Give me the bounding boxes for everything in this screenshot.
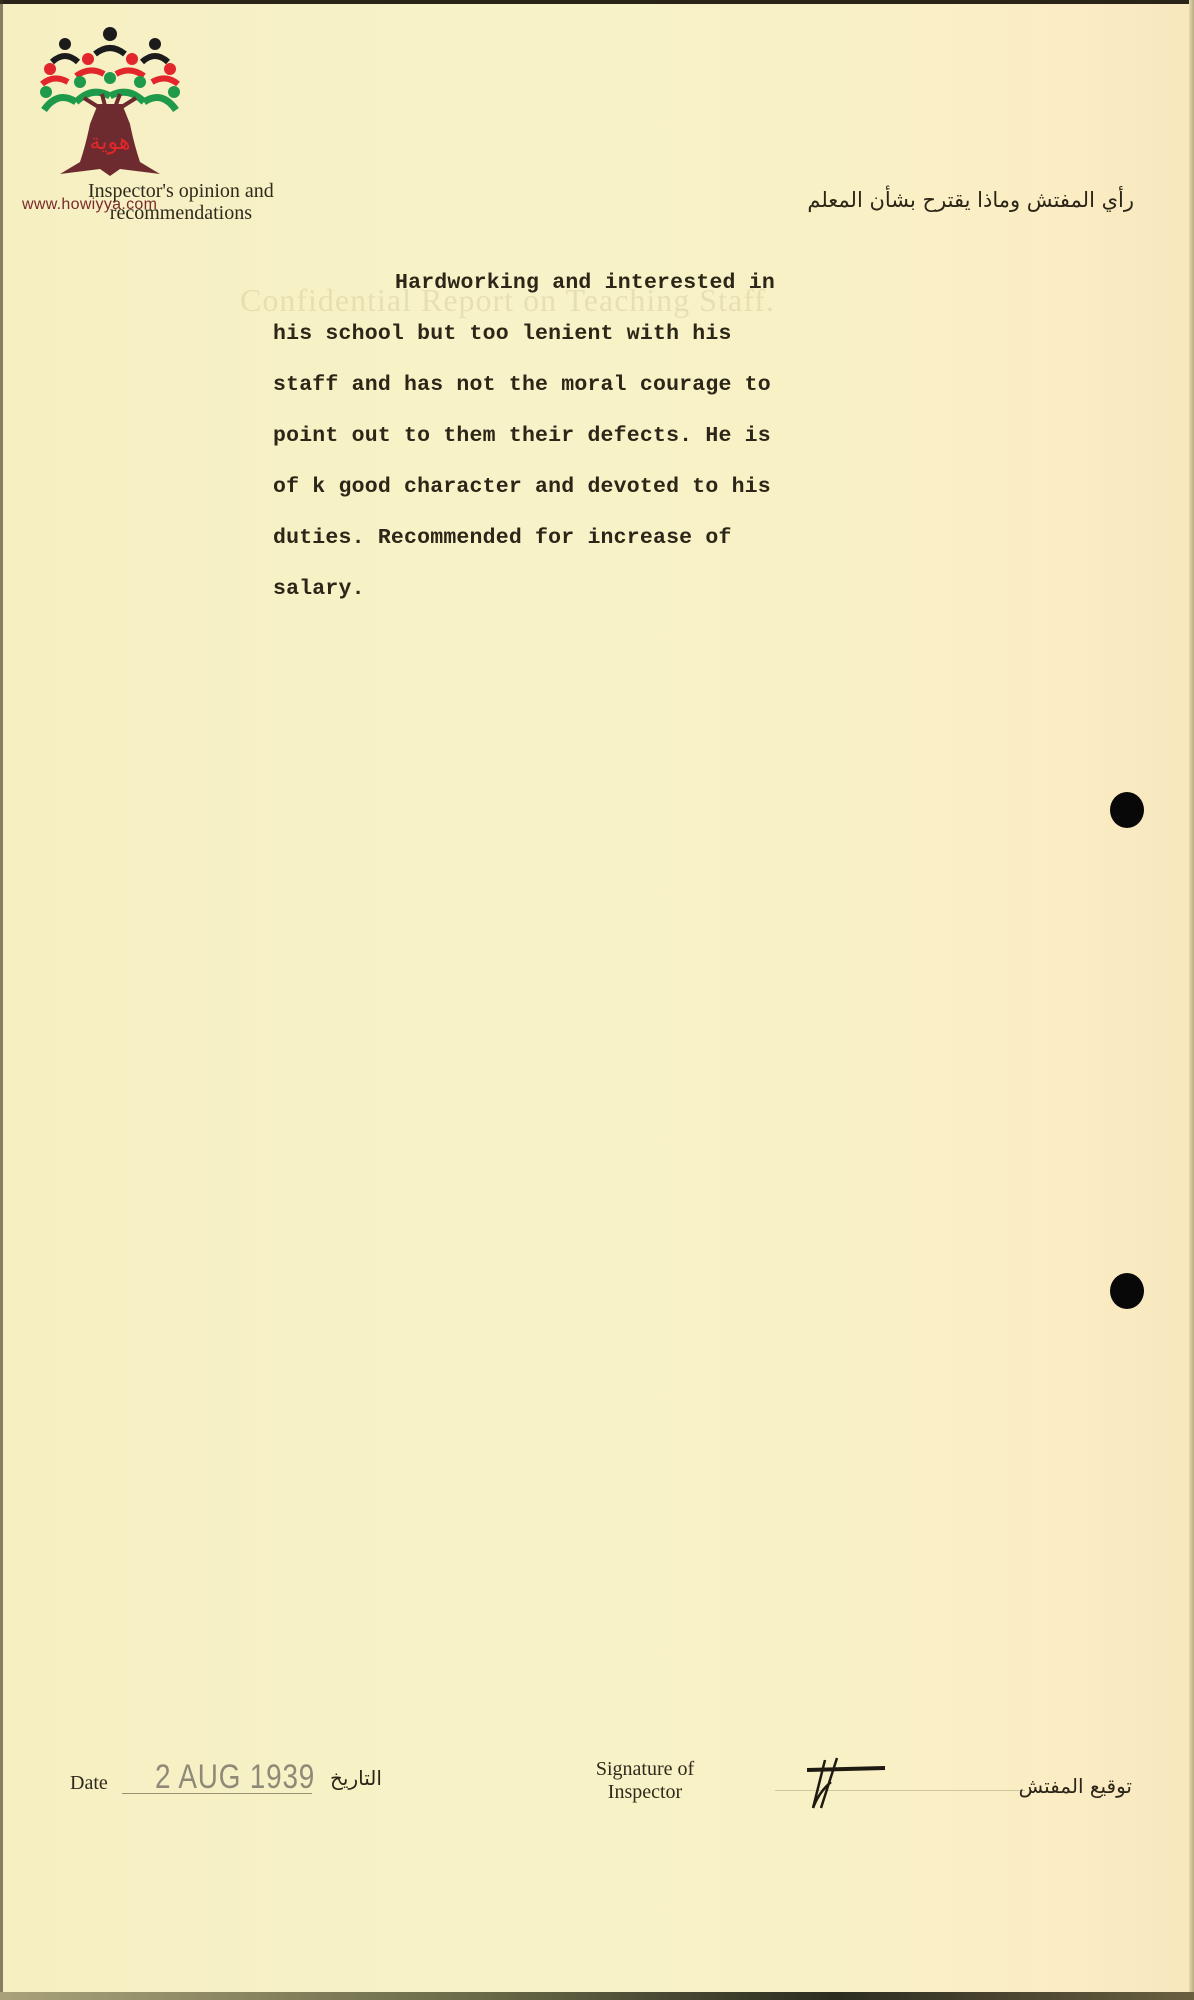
typed-line: of k good character and devoted to his (273, 462, 873, 513)
typed-line: duties. Recommended for increase of (273, 513, 873, 564)
typed-recommendation: Hardworking and interested in his school… (273, 258, 873, 615)
signature-label-arabic: توقيع المفتش (1019, 1774, 1132, 1798)
date-label: Date (70, 1772, 108, 1795)
date-label-arabic: التاريخ (330, 1766, 382, 1790)
typed-line: salary. (273, 564, 873, 615)
inspector-opinion-label-arabic: رأي المفتش وماذا يقترح بشأن المعلم (807, 188, 1134, 212)
inspector-signature-icon (795, 1752, 895, 1812)
date-stamp: 2 AUG 1939 (155, 1758, 315, 1797)
punch-hole-top (1110, 792, 1144, 828)
scan-edge-top (0, 0, 1194, 4)
typed-line: his school but too lenient with his (273, 309, 873, 360)
svg-text:هوية: هوية (90, 130, 131, 155)
label-line-2: recommendations (88, 202, 274, 224)
scan-edge-left (0, 0, 3, 2000)
inspector-opinion-label: Inspector's opinion and recommendations (88, 180, 274, 224)
typed-line: point out to them their defects. He is (273, 411, 873, 462)
typed-line: Hardworking and interested in (273, 258, 873, 309)
label-line-1: Inspector's opinion and (88, 180, 274, 202)
punch-hole-bottom (1110, 1273, 1144, 1309)
typed-line: staff and has not the moral courage to (273, 360, 873, 411)
scan-edge-bottom (0, 1992, 1194, 2000)
signature-label-line-2: Inspector (570, 1781, 720, 1804)
signature-label-line-1: Signature of (570, 1758, 720, 1781)
document-page: Confidential Report on Teaching Staff. ه… (0, 0, 1194, 2000)
signature-label: Signature of Inspector (570, 1758, 720, 1804)
howiyya-tree-logo-icon: هوية (40, 24, 180, 184)
scan-edge-right (1189, 0, 1194, 2000)
